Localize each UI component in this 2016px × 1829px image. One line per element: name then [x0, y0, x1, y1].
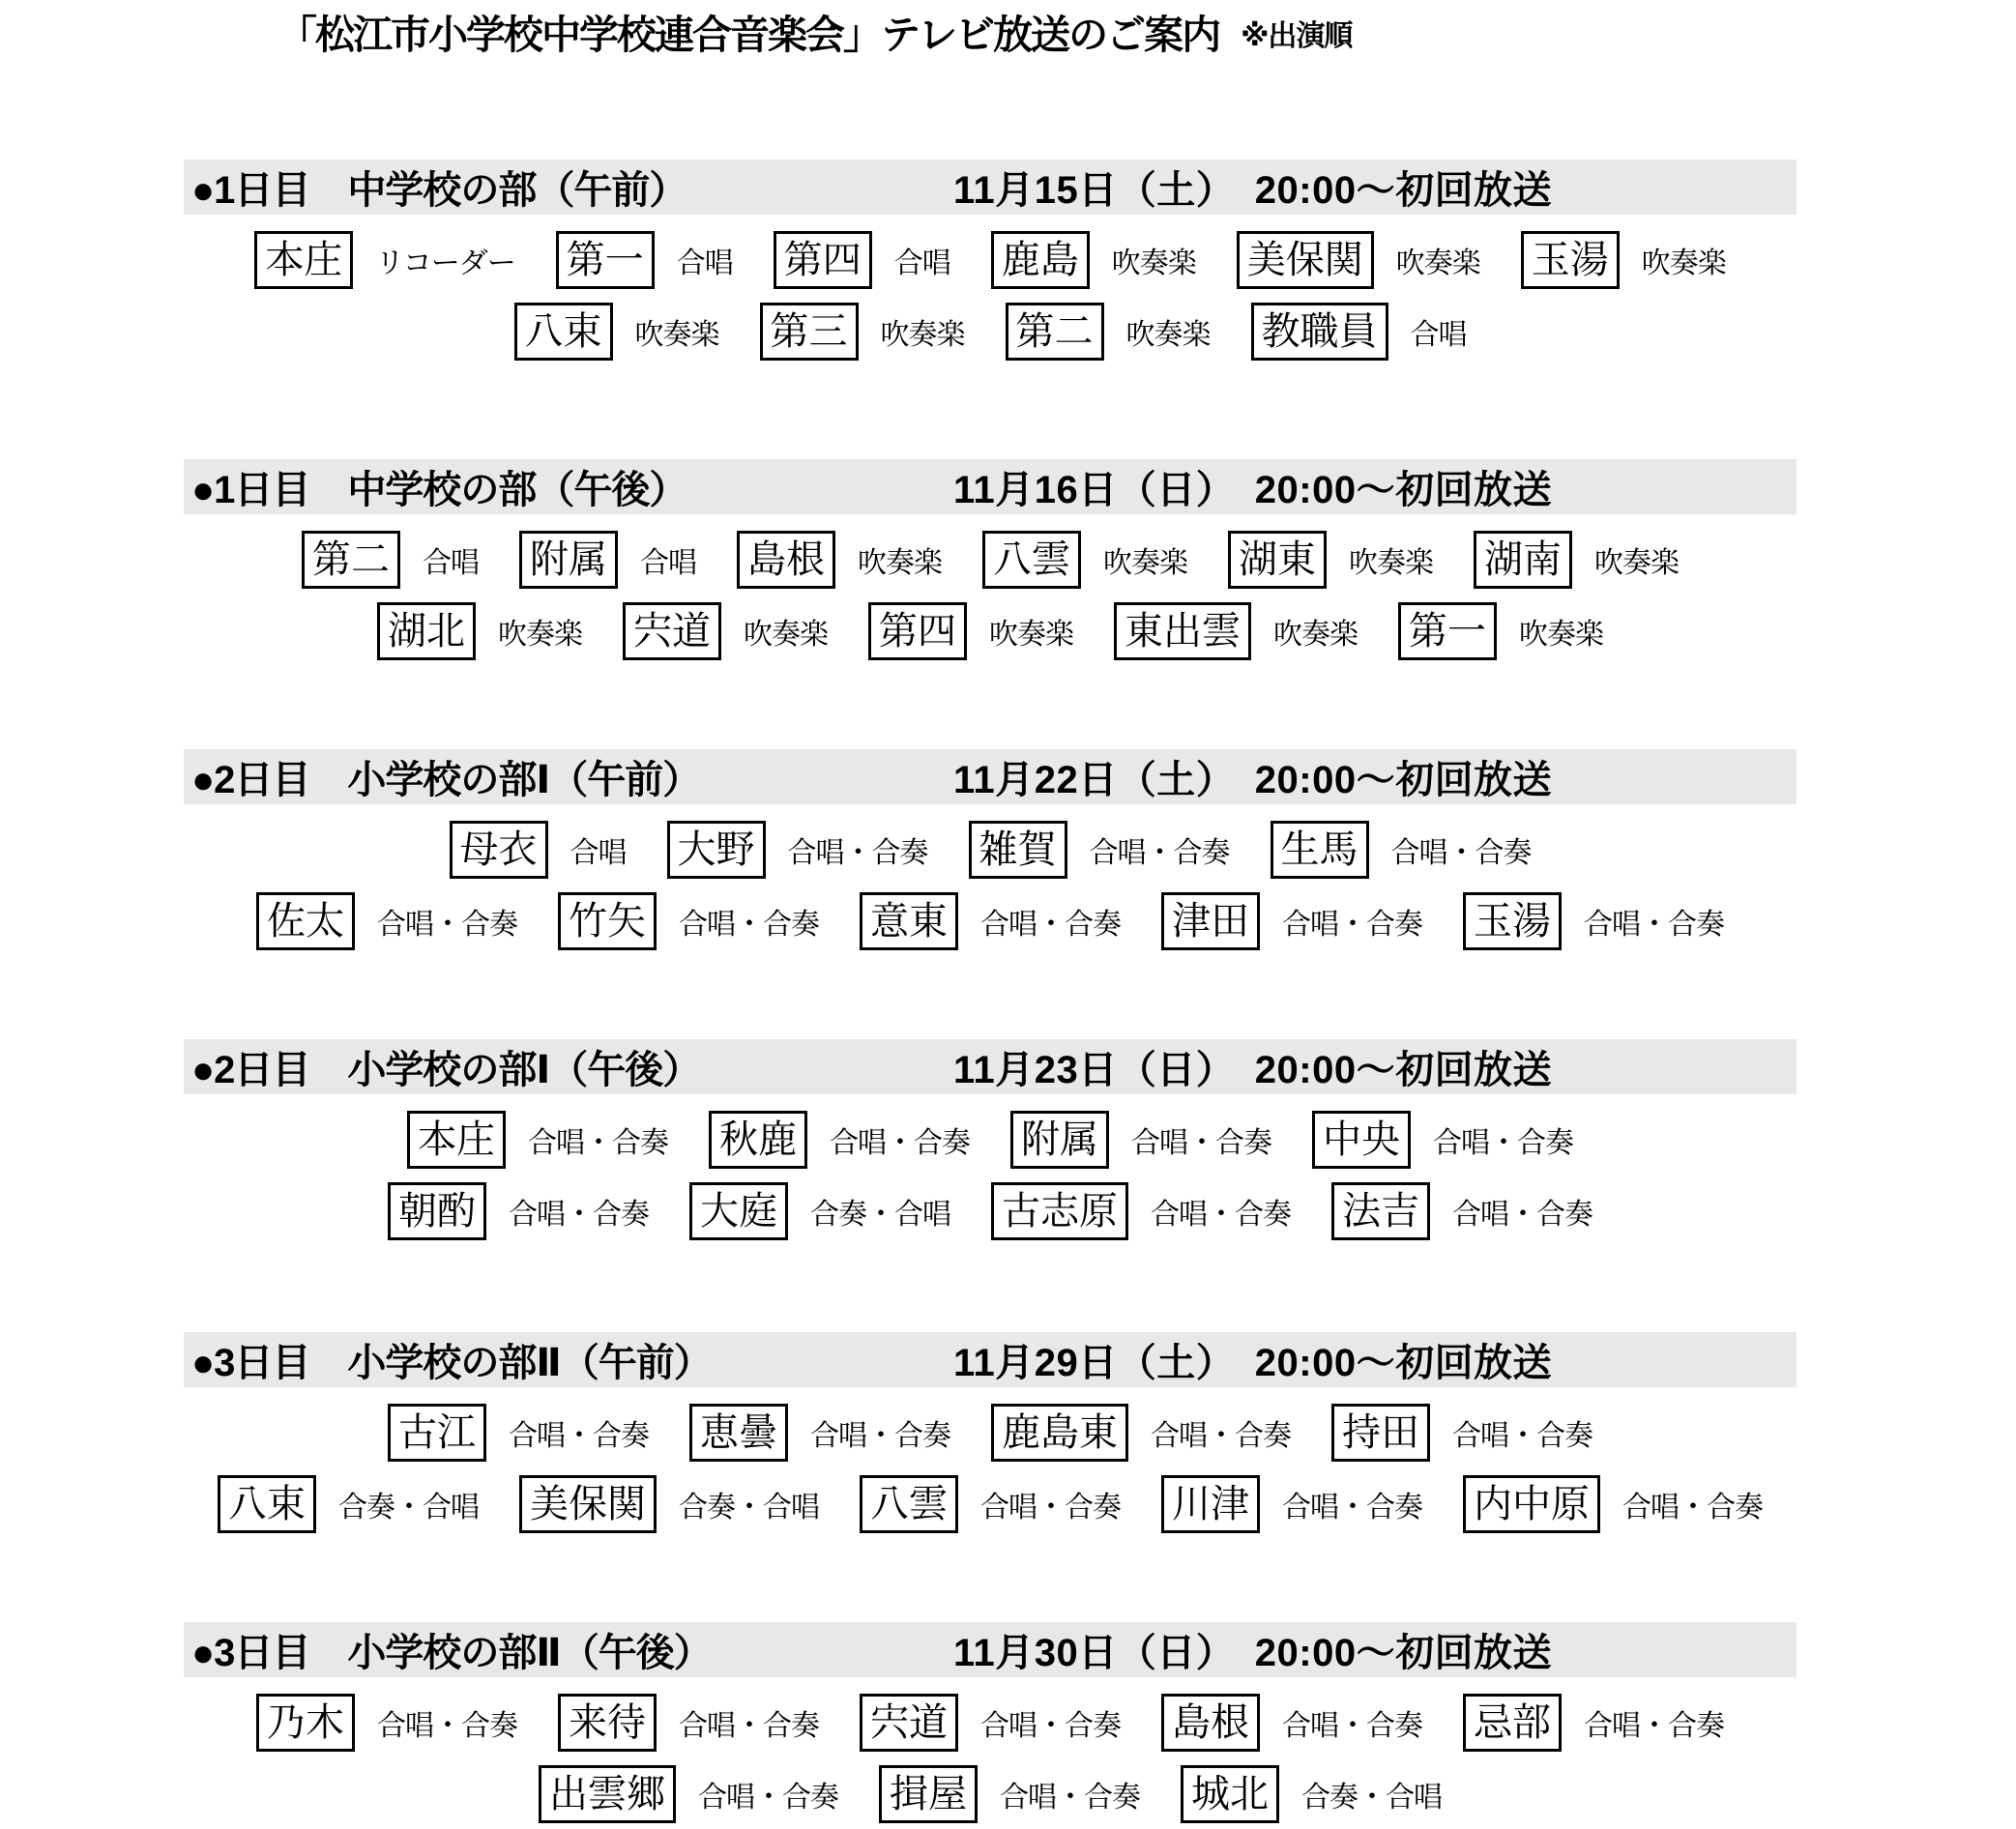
performance-entry: 古江合唱・合奏 [388, 1404, 649, 1462]
schedule-section: ●3日目 小学校の部Ⅱ（午前）11月29日（土） 20:00～初回放送古江合唱・… [184, 1332, 1797, 1536]
performer-row: 八束吹奏楽第三吹奏楽第二吹奏楽教職員合唱 [184, 300, 1797, 363]
performance-type-label: 合唱・合奏 [1090, 828, 1230, 871]
school-name-box: 朝酌 [388, 1182, 486, 1240]
performance-type-label: 合唱・合奏 [679, 900, 819, 943]
performance-entry: 恵曇合唱・合奏 [689, 1404, 950, 1462]
school-name-box: 島根 [737, 531, 835, 589]
performance-type-label: 吹奏楽 [989, 610, 1073, 653]
performance-type-label: 合唱 [570, 828, 627, 871]
section-header: ●3日目 小学校の部Ⅱ（午前）11月29日（土） 20:00～初回放送 [184, 1332, 1797, 1387]
section-day-label: ●3日目 小学校の部Ⅱ（午後） [191, 1622, 953, 1677]
performance-entry: 湖東吹奏楽 [1228, 531, 1433, 589]
school-name-box: 鹿島東 [991, 1404, 1128, 1462]
performance-type-label: 合唱・合奏 [830, 1118, 970, 1161]
school-name-box: 宍道 [623, 602, 721, 660]
performance-entry: 八雲吹奏楽 [982, 531, 1187, 589]
performance-entry: 本庄合唱・合奏 [407, 1111, 668, 1169]
performance-entry: 附属合唱・合奏 [1010, 1111, 1271, 1169]
performance-entry: 教職員合唱 [1251, 303, 1467, 361]
performance-entry: 大野合唱・合奏 [667, 821, 928, 879]
performance-entry: 第四吹奏楽 [868, 602, 1073, 660]
performance-entry: 湖北吹奏楽 [377, 602, 582, 660]
broadcast-datetime: 11月30日（日） 20:00～初回放送 [953, 1622, 1552, 1677]
school-name-box: 第一 [556, 231, 655, 289]
section-header: ●2日目 小学校の部Ⅰ（午前）11月22日（土） 20:00～初回放送 [184, 749, 1797, 804]
performance-entry: 島根合唱・合奏 [1161, 1694, 1422, 1752]
school-name-box: 出雲郷 [539, 1765, 676, 1823]
performance-type-label: 吹奏楽 [1273, 610, 1358, 653]
section-header: ●1日目 中学校の部（午前）11月15日（土） 20:00～初回放送 [184, 160, 1797, 215]
performance-entry: 出雲郷合唱・合奏 [539, 1765, 838, 1823]
performer-row: 本庄合唱・合奏秋鹿合唱・合奏附属合唱・合奏中央合唱・合奏 [184, 1108, 1797, 1172]
performance-type-label: 合唱・合奏 [1282, 1701, 1422, 1744]
school-name-box: 来待 [558, 1694, 657, 1752]
school-name-box: 宍道 [860, 1694, 958, 1752]
performance-type-label: 吹奏楽 [1642, 239, 1726, 281]
broadcast-datetime: 11月15日（土） 20:00～初回放送 [953, 160, 1552, 215]
section-header: ●1日目 中学校の部（午後）11月16日（日） 20:00～初回放送 [184, 459, 1797, 514]
broadcast-datetime: 11月16日（日） 20:00～初回放送 [953, 459, 1552, 514]
performance-entry: 第二合唱 [302, 531, 479, 589]
section-day-label: ●2日目 小学校の部Ⅰ（午後） [191, 1039, 953, 1094]
section-day-label: ●1日目 中学校の部（午前） [191, 160, 953, 215]
schedule-section: ●2日目 小学校の部Ⅰ（午前）11月22日（土） 20:00～初回放送母衣合唱大… [184, 749, 1797, 953]
performance-type-label: 合唱・合奏 [377, 1701, 517, 1744]
school-name-box: 古江 [388, 1404, 486, 1462]
performance-type-label: 合唱・合奏 [509, 1411, 649, 1454]
school-name-box: 母衣 [450, 821, 548, 879]
performance-type-label: 吹奏楽 [858, 538, 942, 581]
performance-type-label: 合唱・合奏 [788, 828, 928, 871]
performer-row: 乃木合唱・合奏来待合唱・合奏宍道合唱・合奏島根合唱・合奏忌部合唱・合奏 [184, 1691, 1797, 1755]
performance-entry: 第四合唱 [774, 231, 950, 289]
schedule-section: ●2日目 小学校の部Ⅰ（午後）11月23日（日） 20:00～初回放送本庄合唱・… [184, 1039, 1797, 1243]
performer-row: 第二合唱附属合唱島根吹奏楽八雲吹奏楽湖東吹奏楽湖南吹奏楽 [184, 528, 1797, 592]
school-name-box: 乃木 [256, 1694, 355, 1752]
schedule-section: ●3日目 小学校の部Ⅱ（午後）11月30日（日） 20:00～初回放送乃木合唱・… [184, 1622, 1797, 1826]
school-name-box: 本庄 [254, 231, 353, 289]
performance-entry: 玉湯吹奏楽 [1521, 231, 1726, 289]
performer-row: 古江合唱・合奏恵曇合唱・合奏鹿島東合唱・合奏持田合唱・合奏 [184, 1401, 1797, 1465]
performance-entry: 忌部合唱・合奏 [1463, 1694, 1724, 1752]
schedule-section: ●1日目 中学校の部（午後）11月16日（日） 20:00～初回放送第二合唱附属… [184, 459, 1797, 663]
performance-entry: 城北合奏・合唱 [1181, 1765, 1442, 1823]
performance-type-label: 合奏・合唱 [679, 1483, 819, 1525]
performer-row: 母衣合唱大野合唱・合奏雑賀合唱・合奏生馬合唱・合奏 [184, 818, 1797, 882]
performance-type-label: 合唱・合奏 [698, 1773, 838, 1815]
school-name-box: 玉湯 [1521, 231, 1620, 289]
school-name-box: 第四 [868, 602, 967, 660]
school-name-box: 津田 [1161, 892, 1260, 950]
performance-entry: 来待合唱・合奏 [558, 1694, 819, 1752]
performance-type-label: 合唱・合奏 [1391, 828, 1532, 871]
school-name-box: 中央 [1312, 1111, 1411, 1169]
performance-type-label: 合唱・合奏 [1151, 1190, 1291, 1233]
performance-entry: 鹿島東合唱・合奏 [991, 1404, 1291, 1462]
performance-type-label: 合奏・合唱 [810, 1190, 950, 1233]
performance-entry: 生馬合唱・合奏 [1271, 821, 1532, 879]
document-page: 「松江市小学校中学校連合音楽会」テレビ放送のご案内 ※出演順 ●1日目 中学校の… [0, 0, 2016, 1829]
performance-type-label: 吹奏楽 [744, 610, 828, 653]
performance-entry: 本庄リコーダー [254, 231, 514, 289]
school-name-box: 湖東 [1228, 531, 1327, 589]
performance-type-label: 吹奏楽 [1112, 239, 1196, 281]
performance-type-label: 合奏・合唱 [338, 1483, 479, 1525]
performance-type-label: 合唱 [640, 538, 696, 581]
school-name-box: 美保関 [1237, 231, 1374, 289]
performance-entry: 揖屋合唱・合奏 [879, 1765, 1140, 1823]
school-name-box: 本庄 [407, 1111, 506, 1169]
school-name-box: 城北 [1181, 1765, 1279, 1823]
school-name-box: 大庭 [689, 1182, 788, 1240]
performance-entry: 古志原合唱・合奏 [991, 1182, 1291, 1240]
performance-entry: 八束合奏・合唱 [218, 1475, 479, 1533]
performance-entry: 津田合唱・合奏 [1161, 892, 1422, 950]
performer-row: 出雲郷合唱・合奏揖屋合唱・合奏城北合奏・合唱 [184, 1762, 1797, 1826]
performance-entry: 八束吹奏楽 [514, 303, 719, 361]
broadcast-datetime: 11月22日（土） 20:00～初回放送 [953, 749, 1552, 804]
school-name-box: 川津 [1161, 1475, 1260, 1533]
performance-entry: 東出雲吹奏楽 [1114, 602, 1358, 660]
performance-type-label: 吹奏楽 [1396, 239, 1480, 281]
school-name-box: 大野 [667, 821, 766, 879]
performance-type-label: 合唱・合奏 [1282, 900, 1422, 943]
performance-type-label: リコーダー [375, 239, 514, 281]
performance-type-label: 吹奏楽 [1103, 538, 1187, 581]
school-name-box: 第二 [302, 531, 400, 589]
performance-entry: 第一吹奏楽 [1398, 602, 1603, 660]
performance-order-note: ※出演順 [1241, 12, 1352, 57]
performer-row: 佐太合唱・合奏竹矢合唱・合奏意東合唱・合奏津田合唱・合奏玉湯合唱・合奏 [184, 889, 1797, 953]
school-name-box: 八雲 [860, 1475, 958, 1533]
performance-entry: 湖南吹奏楽 [1474, 531, 1679, 589]
performance-type-label: 合唱・合奏 [1282, 1483, 1422, 1525]
school-name-box: 持田 [1331, 1404, 1430, 1462]
performance-entry: 佐太合唱・合奏 [256, 892, 517, 950]
performance-type-label: 合唱・合奏 [377, 900, 517, 943]
performance-entry: 美保関吹奏楽 [1237, 231, 1480, 289]
section-day-label: ●1日目 中学校の部（午後） [191, 459, 953, 514]
performance-entry: 内中原合唱・合奏 [1463, 1475, 1763, 1533]
performance-entry: 鹿島吹奏楽 [991, 231, 1196, 289]
performance-entry: 持田合唱・合奏 [1331, 1404, 1592, 1462]
performance-entry: 大庭合奏・合唱 [689, 1182, 950, 1240]
performance-type-label: 合唱・合奏 [1452, 1190, 1592, 1233]
section-day-label: ●2日目 小学校の部Ⅰ（午前） [191, 749, 953, 804]
school-name-box: 附属 [1010, 1111, 1109, 1169]
school-name-box: 八束 [218, 1475, 316, 1533]
performance-type-label: 合唱・合奏 [1433, 1118, 1573, 1161]
performance-type-label: 合唱・合奏 [1000, 1773, 1140, 1815]
performance-type-label: 吹奏楽 [635, 310, 719, 353]
school-name-box: 揖屋 [879, 1765, 978, 1823]
performer-row: 八束合奏・合唱美保関合奏・合唱八雲合唱・合奏川津合唱・合奏内中原合唱・合奏 [184, 1472, 1797, 1536]
performance-entry: 竹矢合唱・合奏 [558, 892, 819, 950]
performance-type-label: 合唱・合奏 [1584, 900, 1724, 943]
performance-type-label: 合唱・合奏 [679, 1701, 819, 1744]
performance-type-label: 吹奏楽 [1349, 538, 1433, 581]
performance-entry: 第三吹奏楽 [760, 303, 965, 361]
page-title-text: 「松江市小学校中学校連合音楽会」テレビ放送のご案内 [278, 14, 1219, 57]
performance-type-label: 合唱 [894, 239, 950, 281]
performance-type-label: 合唱 [677, 239, 733, 281]
performance-type-label: 合唱・合奏 [528, 1118, 668, 1161]
performance-type-label: 合唱 [423, 538, 479, 581]
broadcast-datetime: 11月23日（日） 20:00～初回放送 [953, 1039, 1552, 1094]
school-name-box: 内中原 [1463, 1475, 1600, 1533]
performance-type-label: 合唱・合奏 [1131, 1118, 1271, 1161]
school-name-box: 鹿島 [991, 231, 1090, 289]
performer-row: 湖北吹奏楽宍道吹奏楽第四吹奏楽東出雲吹奏楽第一吹奏楽 [184, 599, 1797, 663]
page-title: 「松江市小学校中学校連合音楽会」テレビ放送のご案内 ※出演順 [278, 12, 1352, 57]
performance-entry: 雑賀合唱・合奏 [969, 821, 1230, 879]
performer-row: 朝酌合唱・合奏大庭合奏・合唱古志原合唱・合奏法吉合唱・合奏 [184, 1179, 1797, 1243]
performance-type-label: 合唱 [1411, 310, 1467, 353]
performance-type-label: 合唱・合奏 [980, 1701, 1121, 1744]
performance-type-label: 合唱・合奏 [1584, 1701, 1724, 1744]
broadcast-datetime: 11月29日（土） 20:00～初回放送 [953, 1332, 1552, 1387]
school-name-box: 雑賀 [969, 821, 1067, 879]
performance-entry: 第一合唱 [556, 231, 733, 289]
school-name-box: 八束 [514, 303, 613, 361]
performance-type-label: 合唱・合奏 [1622, 1483, 1763, 1525]
performance-type-label: 合唱・合奏 [509, 1190, 649, 1233]
school-name-box: 東出雲 [1114, 602, 1251, 660]
performance-type-label: 吹奏楽 [1126, 310, 1211, 353]
performance-entry: 第二吹奏楽 [1006, 303, 1211, 361]
school-name-box: 第二 [1006, 303, 1104, 361]
school-name-box: 美保関 [519, 1475, 657, 1533]
performance-type-label: 合唱・合奏 [980, 1483, 1121, 1525]
performance-type-label: 合唱・合奏 [980, 900, 1121, 943]
performance-type-label: 吹奏楽 [881, 310, 965, 353]
performer-row: 本庄リコーダー第一合唱第四合唱鹿島吹奏楽美保関吹奏楽玉湯吹奏楽 [184, 228, 1797, 292]
school-name-box: 意東 [860, 892, 958, 950]
performance-entry: 中央合唱・合奏 [1312, 1111, 1573, 1169]
school-name-box: 湖北 [377, 602, 476, 660]
performance-type-label: 吹奏楽 [1519, 610, 1603, 653]
section-header: ●2日目 小学校の部Ⅰ（午後）11月23日（日） 20:00～初回放送 [184, 1039, 1797, 1094]
school-name-box: 第三 [760, 303, 859, 361]
performance-entry: 八雲合唱・合奏 [860, 1475, 1121, 1533]
performance-entry: 意東合唱・合奏 [860, 892, 1121, 950]
performance-entry: 秋鹿合唱・合奏 [709, 1111, 970, 1169]
performance-type-label: 合唱・合奏 [810, 1411, 950, 1454]
schedule-section: ●1日目 中学校の部（午前）11月15日（土） 20:00～初回放送本庄リコーダ… [184, 160, 1797, 363]
performance-type-label: 吹奏楽 [1594, 538, 1679, 581]
school-name-box: 湖南 [1474, 531, 1572, 589]
school-name-box: 秋鹿 [709, 1111, 807, 1169]
section-day-label: ●3日目 小学校の部Ⅱ（午前） [191, 1332, 953, 1387]
performance-entry: 乃木合唱・合奏 [256, 1694, 517, 1752]
school-name-box: 第一 [1398, 602, 1497, 660]
performance-entry: 島根吹奏楽 [737, 531, 942, 589]
school-name-box: 附属 [519, 531, 618, 589]
performance-entry: 玉湯合唱・合奏 [1463, 892, 1724, 950]
school-name-box: 島根 [1161, 1694, 1260, 1752]
performance-entry: 法吉合唱・合奏 [1331, 1182, 1592, 1240]
performance-entry: 母衣合唱 [450, 821, 627, 879]
school-name-box: 忌部 [1463, 1694, 1562, 1752]
performance-entry: 美保関合奏・合唱 [519, 1475, 819, 1533]
performance-entry: 附属合唱 [519, 531, 696, 589]
school-name-box: 玉湯 [1463, 892, 1562, 950]
performance-type-label: 合唱・合奏 [1151, 1411, 1291, 1454]
school-name-box: 生馬 [1271, 821, 1369, 879]
section-header: ●3日目 小学校の部Ⅱ（午後）11月30日（日） 20:00～初回放送 [184, 1622, 1797, 1677]
performance-type-label: 合奏・合唱 [1301, 1773, 1442, 1815]
school-name-box: 法吉 [1331, 1182, 1430, 1240]
performance-entry: 宍道合唱・合奏 [860, 1694, 1121, 1752]
performance-entry: 宍道吹奏楽 [623, 602, 828, 660]
school-name-box: 恵曇 [689, 1404, 788, 1462]
performance-type-label: 合唱・合奏 [1452, 1411, 1592, 1454]
school-name-box: 古志原 [991, 1182, 1128, 1240]
school-name-box: 佐太 [256, 892, 355, 950]
school-name-box: 竹矢 [558, 892, 657, 950]
school-name-box: 第四 [774, 231, 872, 289]
school-name-box: 八雲 [982, 531, 1081, 589]
performance-entry: 川津合唱・合奏 [1161, 1475, 1422, 1533]
performance-type-label: 吹奏楽 [498, 610, 582, 653]
performance-entry: 朝酌合唱・合奏 [388, 1182, 649, 1240]
school-name-box: 教職員 [1251, 303, 1388, 361]
